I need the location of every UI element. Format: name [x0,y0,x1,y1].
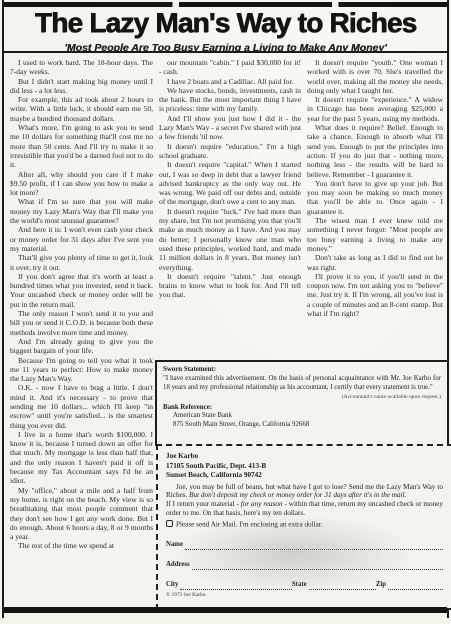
coupon-recipient: Joe Karbo [166,452,443,462]
body-paragraph: That'll give you plenty of time to get i… [10,253,153,272]
name-write-in-line [185,541,443,550]
body-paragraph: We have stocks, bonds, investments, cash… [159,86,301,114]
body-paragraph: It doesn't require "luck." I've had more… [159,207,301,272]
order-coupon: Joe Karbo 17105 South Pacific, Dept. 413… [156,444,451,610]
body-paragraph: I'll prove it to you, if you'll send in … [307,272,443,318]
body-paragraph: What's more, I'm going to ask you to sen… [10,123,153,169]
city-state-zip-row: City State Zip [166,581,443,590]
bank-address: 875 South Main Street, Orange, Californi… [163,421,441,429]
coupon-body-2-pre: If I return your material - [166,500,241,508]
body-paragraph: But I didn't start making big money unti… [10,77,153,96]
body-paragraph: O.K. - now I have to brag a little. I do… [10,383,153,429]
zip-write-in-line [388,581,443,590]
body-paragraph: The only reason I won't send it to you a… [10,309,153,337]
body-paragraph: It doesn't require "youth." One woman I … [307,58,443,95]
body-paragraph: The wisest man I ever knew told me somet… [307,216,443,253]
address-write-in-line [192,561,443,570]
address-field-label: Address [166,561,190,570]
masthead-divider [4,51,447,53]
body-paragraph: Don't take as long as I did to find out … [307,253,443,272]
sworn-statement-quote: "I have examined this advertisement. On … [163,375,441,392]
address-field-row: Address [166,561,443,570]
state-field-label: State [292,581,307,590]
name-field-label: Name [166,541,183,550]
coupon-body-2-italic: for any reason [241,500,283,508]
state-field: State [292,581,376,590]
ad-title: The Lazy Man's Way to Riches [4,7,447,39]
zip-field: Zip [376,581,443,590]
body-column-3: It doesn't require "youth." One woman I … [307,58,443,356]
coupon-address-line1: 17105 South Pacific, Dept. 413-B [166,462,443,472]
body-paragraph: What does it require? Belief. Enough to … [307,123,443,179]
masthead: The Lazy Man's Way to Riches 'Most Peopl… [4,7,447,54]
body-paragraph: It doesn't require "education." I'm a hi… [159,142,301,161]
copyright-notice: © 1973 Joe Karbo [166,591,443,600]
body-column-1: I used to work hard. The 18-hour days. T… [10,58,153,603]
coupon-body-1-italic: But don't deposit my check or money orde… [189,491,406,499]
name-field-row: Name [166,541,443,550]
body-paragraph: What if I'm so sure that you will make m… [10,197,153,225]
airmail-option: Please send Air Mail. I'm enclosing an e… [166,520,443,529]
coupon-body-1: Joe, you may be full of beans, but what … [166,483,443,501]
sworn-statement-heading: Sworn Statement: [163,366,441,374]
body-paragraph: our mountain "cabin." I paid $30,000 for… [159,58,301,77]
body-paragraph: I used to work hard. The 18-hour days. T… [10,58,153,77]
body-column-2: our mountain "cabin." I paid $30,000 for… [159,58,301,356]
coupon-body-2: If I return your material - for any reas… [166,500,443,518]
body-paragraph: The rest of the time we spend at [10,541,153,550]
body-paragraph: And I'm already going to give you the bi… [10,337,153,356]
body-paragraph: Because I'm going to tell you what it to… [10,356,153,384]
accountant-note: (Accountant's name available upon reques… [163,393,441,401]
zip-field-label: Zip [376,581,386,590]
body-paragraph: I live in a home that's worth $100,000. … [10,430,153,486]
advertisement-page: The Lazy Man's Way to Riches 'Most Peopl… [0,0,451,624]
sworn-statement-box: Sworn Statement: "I have examined this a… [155,360,449,446]
city-write-in-line [180,581,291,590]
body-paragraph: For example, this ad took about 2 hours … [10,95,153,123]
airmail-label: Please send Air Mail. I'm enclosing an e… [176,521,323,529]
body-paragraph: And here it is: I won't even cash your c… [10,225,153,253]
state-write-in-line [309,581,376,590]
body-paragraph: You don't have to give up your job. But … [307,179,443,216]
body-paragraph: And I'll show you just how I did it - th… [159,114,301,142]
body-paragraph: It doesn't require "capital." When I sta… [159,160,301,206]
ad-frame: The Lazy Man's Way to Riches 'Most Peopl… [2,0,449,618]
body-paragraph: It doesn't require "experience." A widow… [307,95,443,123]
body-paragraph: I have 2 boats and a Cadillac. All paid … [159,77,301,86]
coupon-address-line2: Sunset Beach, California 90742 [166,471,443,481]
bank-reference-heading: Bank Reference: [163,404,441,412]
city-field-label: City [166,581,178,590]
body-paragraph: If you don't agree that it's worth at le… [10,272,153,309]
airmail-checkbox [166,520,173,527]
body-paragraph: It doesn't require "talent." Just enough… [159,272,301,300]
bottom-border-rule [4,607,447,613]
bank-name: American State Bank [163,412,441,420]
body-paragraph: After all, why should you care if I make… [10,170,153,198]
city-field: City [166,581,292,590]
body-paragraph: My "office," about a mile and a half fro… [10,486,153,542]
